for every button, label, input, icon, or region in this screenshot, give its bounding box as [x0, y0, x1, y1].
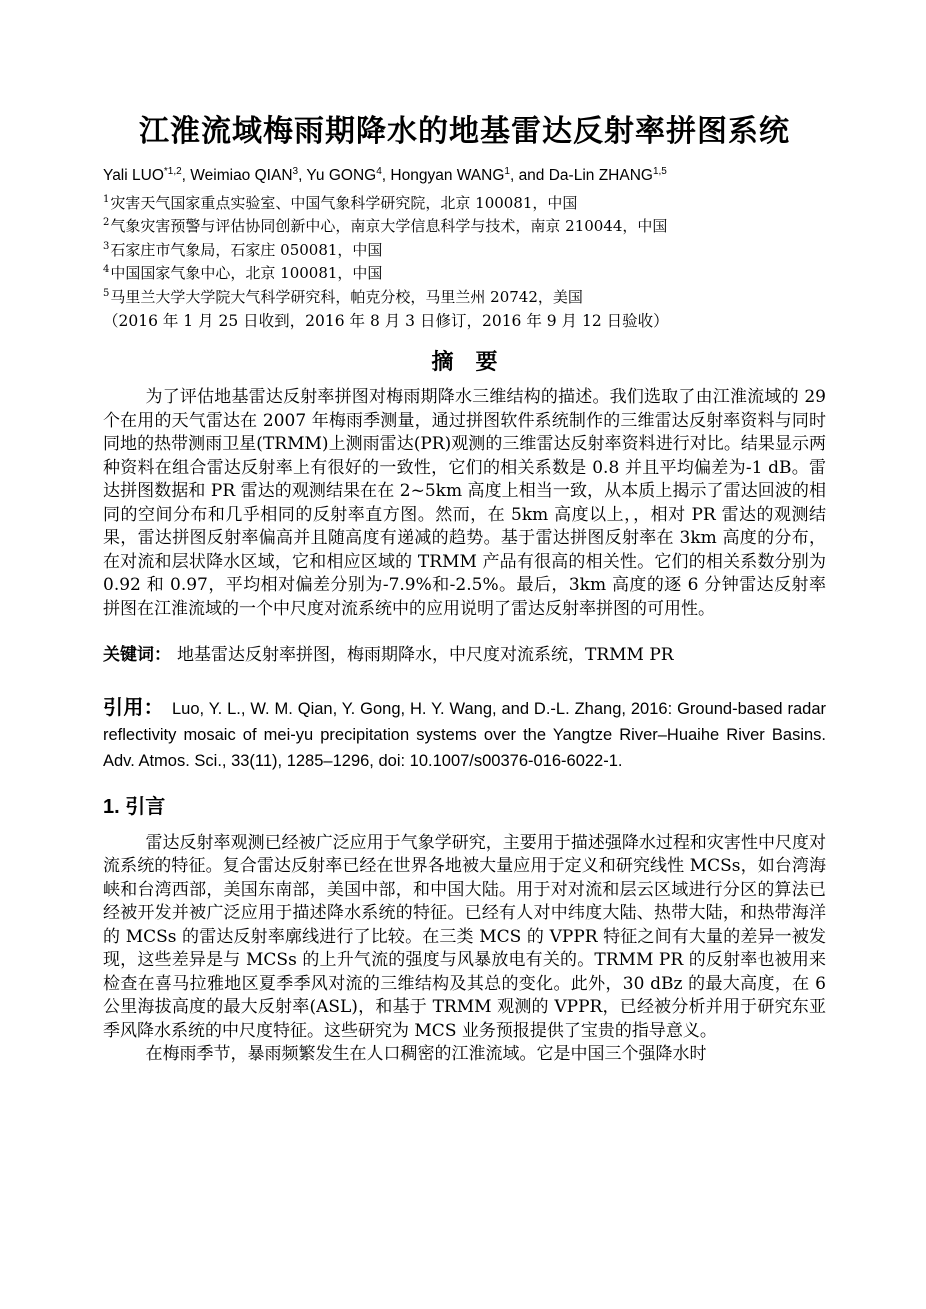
section-1-heading: 1. 引言	[103, 794, 826, 820]
affiliation-text: 马里兰大学大学院大气科学研究科，帕克分校，马里兰州 20742，美国	[110, 288, 583, 306]
author-line: Yali LUO*1,2, Weimiao QIAN3, Yu GONG4, H…	[103, 165, 826, 186]
affiliation-text: 灾害天气国家重点实验室、中国气象科学研究院，北京 100081，中国	[110, 194, 577, 212]
citation-block: 引用：Luo, Y. L., W. M. Qian, Y. Gong, H. Y…	[103, 694, 826, 774]
author-separator: ,	[182, 167, 191, 184]
citation-text: Luo, Y. L., W. M. Qian, Y. Gong, H. Y. W…	[103, 700, 826, 770]
author-separator: , and	[510, 167, 549, 184]
affiliation-text: 气象灾害预警与评估协同创新中心，南京大学信息科学与技术，南京 210044，中国	[110, 217, 667, 235]
affiliation-item: 4中国国家气象中心，北京 100081，中国	[103, 262, 826, 285]
paper-page: 江淮流域梅雨期降水的地基雷达反射率拼图系统 Yali LUO*1,2, Weim…	[0, 0, 926, 1309]
keywords-label: 关键词：	[103, 645, 171, 665]
affiliation-item: 2气象灾害预警与评估协同创新中心，南京大学信息科学与技术，南京 210044，中…	[103, 215, 826, 238]
keywords-text: 地基雷达反射率拼图，梅雨期降水，中尺度对流系统，TRMM PR	[177, 645, 674, 665]
affiliation-item: 5马里兰大学大学院大气科学研究科，帕克分校，马里兰州 20742，美国	[103, 286, 826, 309]
abstract-text: 为了评估地基雷达反射率拼图对梅雨期降水三维结构的描述。我们选取了由江淮流域的 2…	[103, 386, 826, 621]
affiliation-item: 3石家庄市气象局，石家庄 050081，中国	[103, 239, 826, 262]
affiliation-list: 1灾害天气国家重点实验室、中国气象科学研究院，北京 100081，中国 2气象灾…	[103, 192, 826, 309]
citation-label: 引用：	[103, 695, 164, 719]
affiliation-number: 4	[103, 264, 109, 275]
affiliation-number: 3	[103, 241, 109, 252]
author-affiliation-marker: 1,5	[653, 166, 667, 177]
author-name: Weimiao QIAN	[190, 167, 292, 184]
abstract-heading: 摘 要	[103, 347, 826, 377]
intro-paragraph-2: 在梅雨季节，暴雨频繁发生在人口稠密的江淮流域。它是中国三个强降水时	[103, 1043, 826, 1067]
author-name: Yu GONG	[306, 167, 376, 184]
affiliation-number: 1	[103, 194, 109, 205]
author-name: Hongyan WANG	[390, 167, 504, 184]
affiliation-number: 5	[103, 288, 109, 299]
author-name: Yali LUO	[103, 167, 164, 184]
author-name: Da-Lin ZHANG	[549, 167, 653, 184]
affiliation-item: 1灾害天气国家重点实验室、中国气象科学研究院，北京 100081，中国	[103, 192, 826, 215]
affiliation-text: 石家庄市气象局，石家庄 050081，中国	[110, 241, 382, 259]
affiliation-number: 2	[103, 217, 109, 228]
author-affiliation-marker: *1,2	[164, 166, 182, 177]
paper-title: 江淮流域梅雨期降水的地基雷达反射率拼图系统	[103, 112, 826, 152]
intro-paragraph-1: 雷达反射率观测已经被广泛应用于气象学研究，主要用于描述强降水过程和灾害性中尺度对…	[103, 832, 826, 1044]
affiliation-text: 中国国家气象中心，北京 100081，中国	[110, 264, 382, 282]
received-revised-accepted-line: （2016 年 1 月 25 日收到，2016 年 8 月 3 日修订，2016…	[103, 310, 826, 333]
keywords-line: 关键词：地基雷达反射率拼图，梅雨期降水，中尺度对流系统，TRMM PR	[103, 644, 826, 668]
